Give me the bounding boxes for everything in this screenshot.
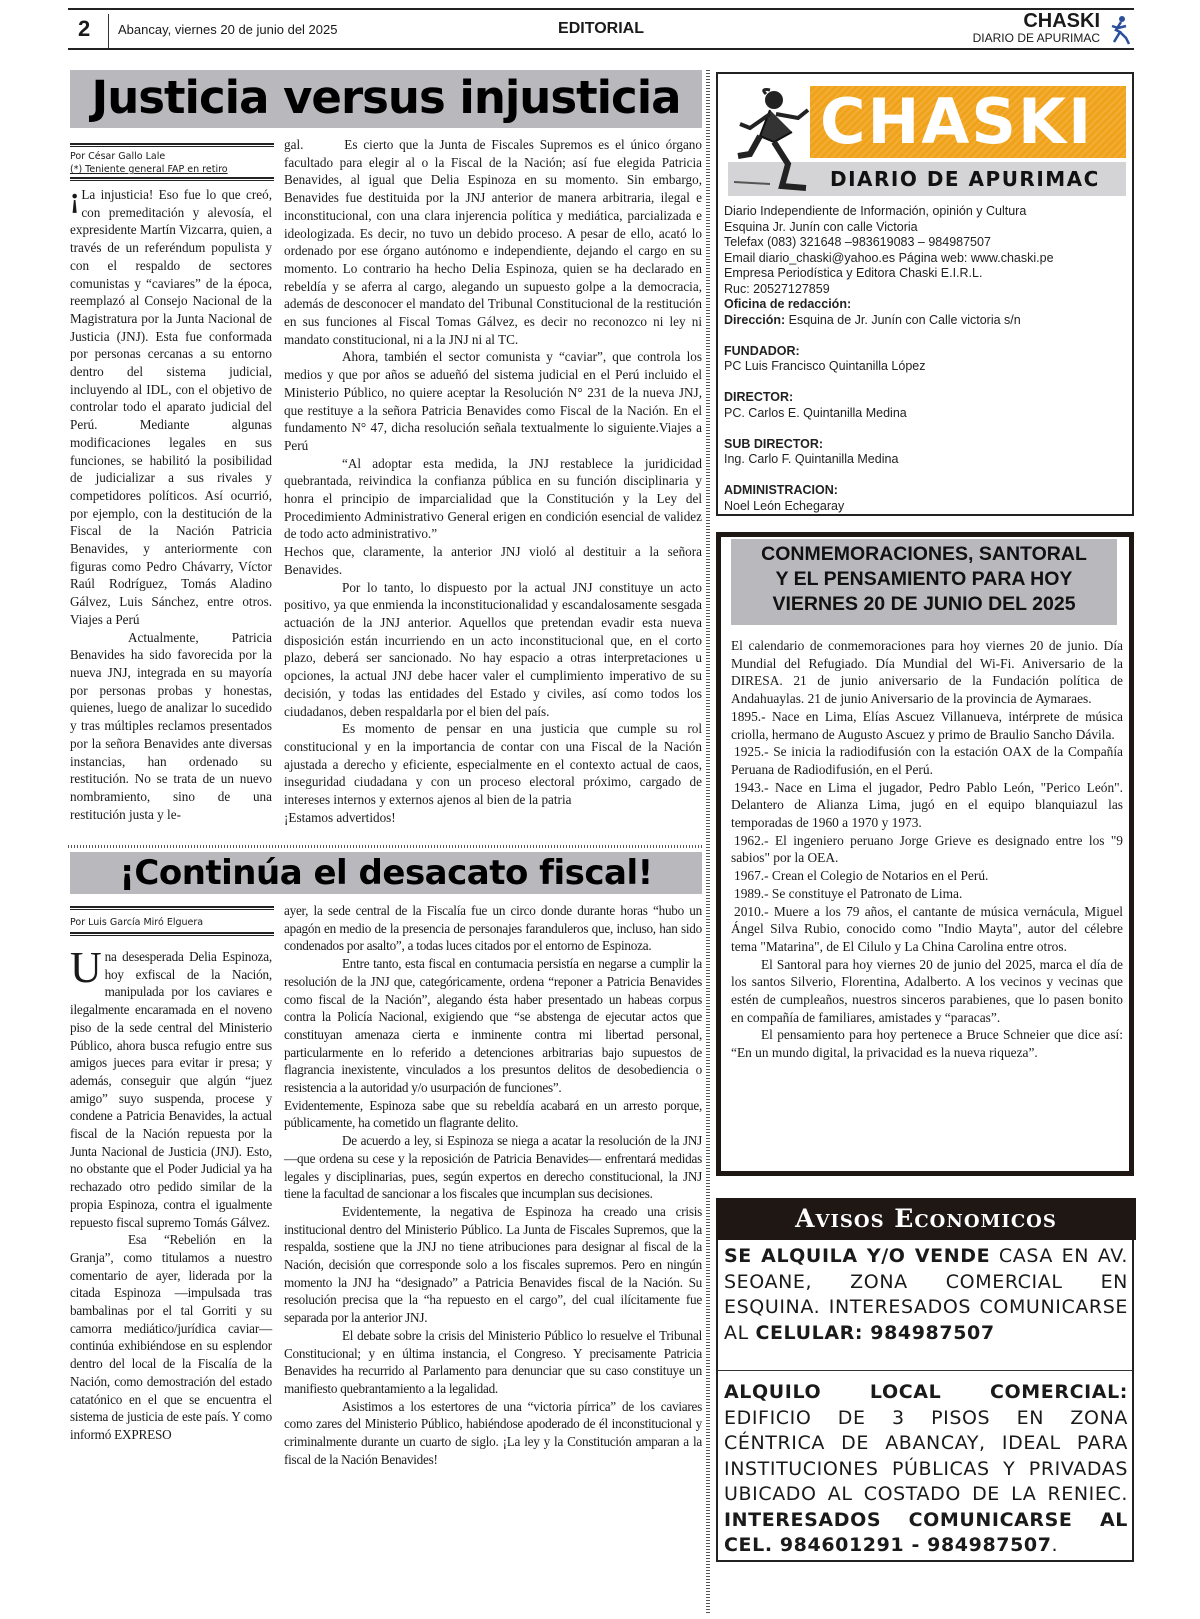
article1-headline: Justicia versus injusticia [70, 70, 702, 128]
article1-column-2: gal. Es cierto que la Junta de Fiscales … [284, 136, 702, 826]
staff-name: PC. Carlos E. Quintanilla Medina [724, 406, 1124, 422]
title-line: CONMEMORACIONES, SANTORAL [731, 542, 1117, 567]
paragraph: Entre tanto, esta fiscal en contumacia p… [284, 955, 702, 1097]
classified-ad: SE ALQUILA Y/O VENDE CASA EN AV. SEOANE,… [724, 1244, 1128, 1346]
column-divider [706, 70, 710, 1615]
brand-subtitle: DIARIO DE APURIMAC [973, 31, 1100, 45]
paragraph: De acuerdo a ley, si Espinoza se niega a… [284, 1132, 702, 1203]
byline-rule [70, 932, 274, 936]
paragraph: La injusticia! Eso fue lo que creó, con … [70, 187, 272, 627]
tagline: Diario Independiente de Información, opi… [724, 204, 1124, 220]
conmemoraciones-body: El calendario de conmemoraciones para ho… [731, 637, 1123, 1062]
paragraph: Actualmente, Patricia Benavides ha sido … [70, 629, 272, 824]
author-note: (*) Teniente general FAP en retiro [70, 163, 274, 176]
staff-role: DIRECTOR: [724, 390, 793, 404]
ad-end: . [1052, 1534, 1059, 1556]
article2-column-1: Una desesperada Delia Espinoza, hoy exfi… [70, 948, 272, 1444]
conmemoraciones-box: CONMEMORACIONES, SANTORAL Y EL PENSAMIEN… [716, 532, 1134, 1176]
staff-name: Ing. Carlo F. Quintanilla Medina [724, 452, 1124, 468]
pensamiento-paragraph: El pensamiento para hoy pertenece a Bruc… [731, 1026, 1123, 1061]
ruc-line: Ruc: 20527127859 [724, 282, 1124, 298]
address-value: Esquina de Jr. Junín con Calle victoria … [789, 313, 1021, 327]
byline-rule [70, 906, 274, 910]
paragraph: Evidentemente, la negativa de Espinoza h… [284, 1203, 702, 1327]
article-divider [68, 845, 704, 848]
ad-contact: CELULAR: 984987507 [755, 1322, 994, 1344]
paragraph: Hechos que, claramente, la anterior JNJ … [284, 543, 702, 578]
title-line: VIERNES 20 DE JUNIO DEL 2025 [731, 592, 1117, 617]
article2-column-2: ayer, la sede central de la Fiscalía fue… [284, 902, 702, 1469]
masthead-box: CHASKI DIARIO DE APURIMAC Diario Indepen… [716, 72, 1134, 516]
ad-lead: SE ALQUILA Y/O VENDE [724, 1245, 990, 1267]
staff-name: Noel León Echegaray [724, 499, 1124, 515]
author-name: Por Luis García Miró Elguera [70, 913, 274, 931]
staff-role: SUB DIRECTOR: [724, 437, 823, 451]
byline-rule [70, 177, 274, 181]
article2-headline: ¡Continúa el desacato fiscal! [70, 852, 702, 894]
address-line: Esquina Jr. Junín con calle Victoria [724, 220, 1124, 236]
santoral-paragraph: El Santoral para hoy viernes 20 de junio… [731, 956, 1123, 1027]
title-line: Y EL PENSAMIENTO PARA HOY [731, 567, 1117, 592]
article1-column-1: ¡La injusticia! Eso fue lo que creó, con… [70, 186, 272, 823]
ad-divider [718, 1370, 1132, 1371]
paragraph: gal. Es cierto que la Junta de Fiscales … [284, 136, 702, 348]
office-label: Oficina de redacción: [724, 297, 851, 311]
staff-role: ADMINISTRACION: [724, 483, 838, 497]
masthead-info: Diario Independiente de Información, opi… [724, 204, 1124, 514]
intro-paragraph: El calendario de conmemoraciones para ho… [731, 637, 1123, 708]
author-name: Por César Gallo Lale [70, 150, 274, 163]
event-item: 1989.- Se constituye el Patronato de Lim… [731, 885, 1123, 903]
event-item: 1925.- Se inicia la radiodifusión con la… [731, 743, 1123, 778]
phone-line: Telefax (083) 321648 –983619083 – 984987… [724, 235, 1124, 251]
event-item: 2010.- Muere a los 79 años, el cantante … [731, 903, 1123, 956]
logo-title: CHASKI [820, 90, 1093, 154]
event-item: 1967.- Crean el Colegio de Notarios en e… [731, 867, 1123, 885]
paragraph: Evidentemente, Espinoza sabe que su rebe… [284, 1097, 702, 1132]
classifieds-header: Avisos Economicos [716, 1198, 1136, 1240]
staff-role: FUNDADOR: [724, 344, 800, 358]
logo-subtitle: DIARIO DE APURIMAC [830, 167, 1100, 191]
paragraph: El debate sobre la crisis del Ministerio… [284, 1327, 702, 1398]
paragraph: ayer, la sede central de la Fiscalía fue… [284, 902, 702, 955]
company-line: Empresa Periodística y Editora Chaski E.… [724, 266, 1124, 282]
event-item: 1962.- El ingeniero peruano Jorge Grieve… [731, 832, 1123, 867]
ad-text: EDIFICIO DE 3 PISOS EN ZONA CÉNTRICA DE … [724, 1407, 1128, 1506]
paragraph: Por lo tanto, lo dispuesto por la actual… [284, 579, 702, 721]
classified-ad: ALQUILO LOCAL COMERCIAL: EDIFICIO DE 3 P… [724, 1380, 1128, 1559]
email-web-line: Email diario_chaski@yahoo.es Página web:… [724, 251, 1124, 267]
dropcap: U [70, 950, 102, 986]
ad-contact: INTERESADOS COMUNICARSE AL CEL. 98460129… [724, 1509, 1128, 1557]
paragraph: Es momento de pensar en una justicia que… [284, 720, 702, 809]
article2-byline: Por Luis García Miró Elguera [70, 906, 274, 936]
event-item: 1943.- Nace en Lima el jugador, Pedro Pa… [731, 779, 1123, 832]
classifieds-box: Avisos Economicos SE ALQUILA Y/O VENDE C… [716, 1198, 1134, 1562]
event-item: 1895.- Nace en Lima, Elías Ascuez Villan… [731, 708, 1123, 743]
staff-name: PC Luis Francisco Quintanilla López [724, 359, 1124, 375]
chaski-runner-icon [730, 84, 826, 194]
byline-rule [70, 143, 274, 147]
paragraph: Ahora, también el sector comunista y “ca… [284, 348, 702, 454]
chaski-logo: CHASKI DIARIO DE APURIMAC [728, 84, 1126, 196]
address-label: Dirección: [724, 313, 785, 327]
runner-logo-icon [1106, 14, 1132, 46]
quote-paragraph: “Al adoptar esta medida, la JNJ restable… [284, 455, 702, 544]
ad-lead: ALQUILO LOCAL COMERCIAL: [724, 1381, 1128, 1403]
closing-line: ¡Estamos advertidos! [284, 809, 702, 827]
brand-name: CHASKI [973, 11, 1100, 31]
page-header: 2 Abancay, viernes 20 de junio del 2025 … [68, 8, 1134, 50]
header-brand: CHASKI DIARIO DE APURIMAC [973, 11, 1100, 45]
article1-byline: Por César Gallo Lale (*) Teniente genera… [70, 143, 274, 181]
conmemoraciones-title: CONMEMORACIONES, SANTORAL Y EL PENSAMIEN… [731, 539, 1117, 625]
paragraph: Asistimos a los estertores de una “victo… [284, 1398, 702, 1469]
paragraph: Esa “Rebelión en la Granja”, como titula… [70, 1231, 272, 1443]
dropcap: ¡ [70, 186, 79, 212]
